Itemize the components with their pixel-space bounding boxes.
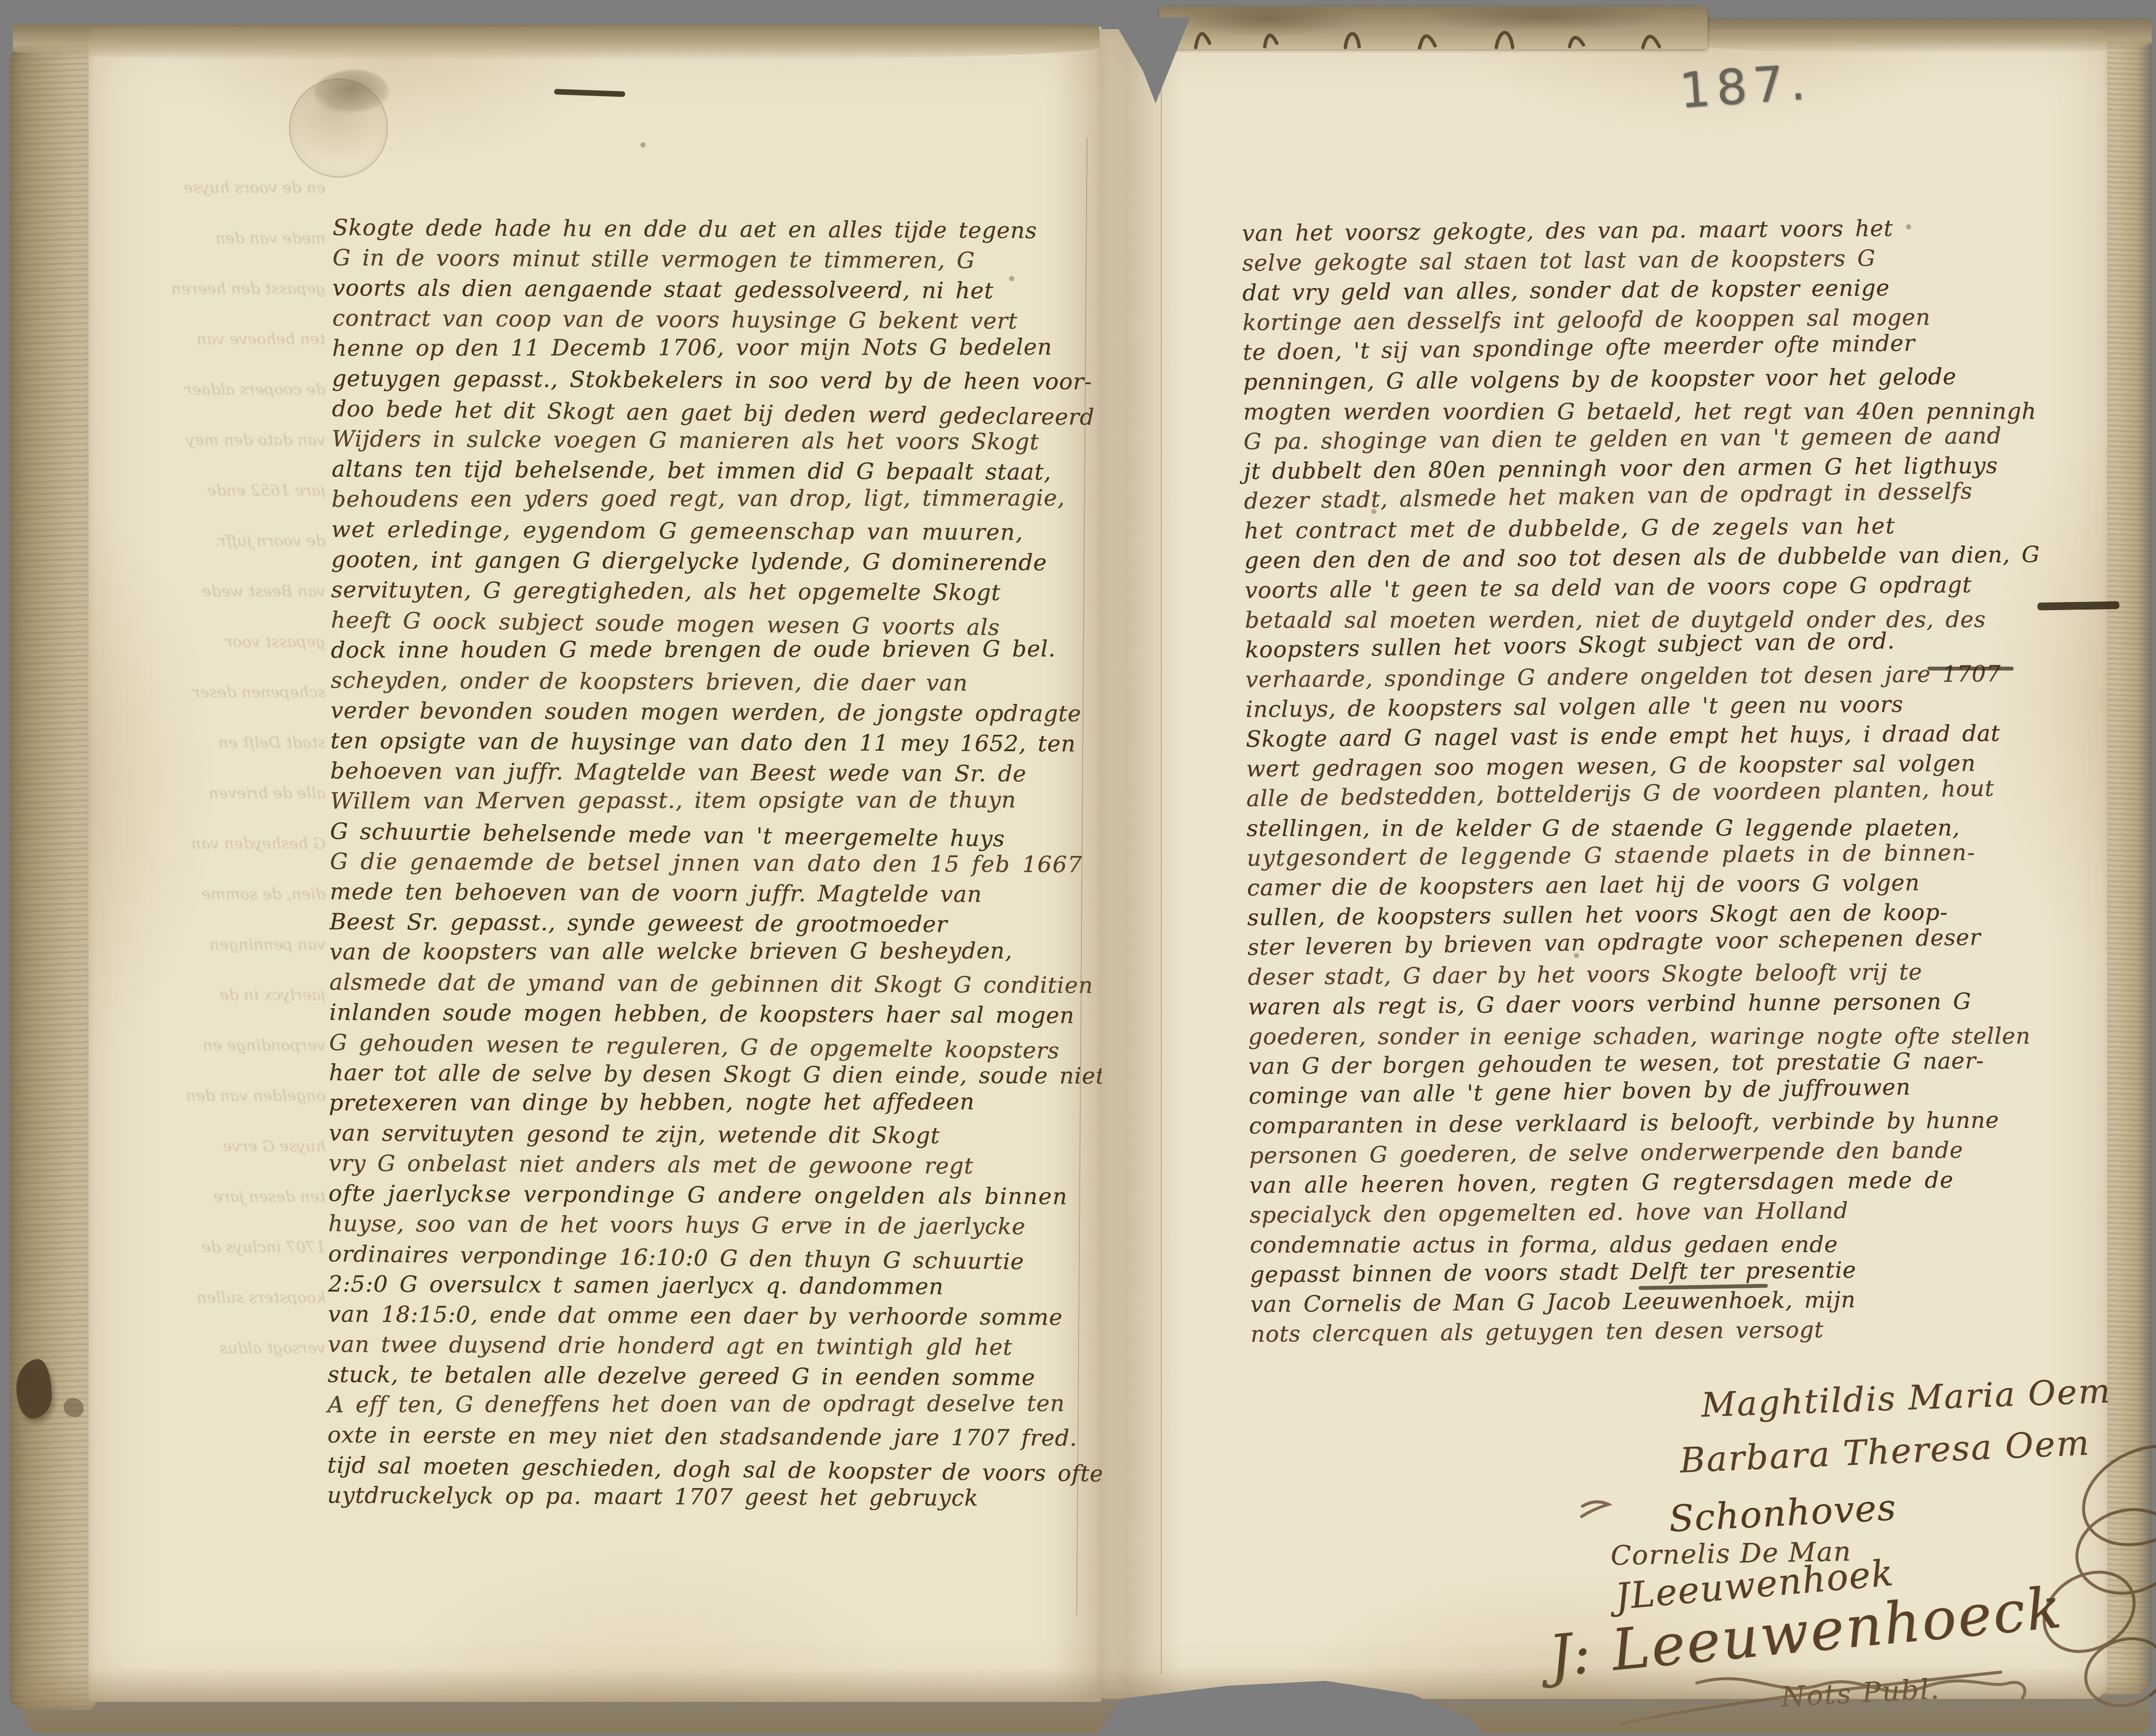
manuscript-line: A eff ten, G deneffens het doen van de o… (327, 1388, 1086, 1420)
manuscript-line: huyse, soo van de het voors huys G erve … (328, 1209, 1087, 1242)
manuscript-line: alsmede dat de ymand van de gebinnen dit… (329, 967, 1088, 1001)
left-page: en de voors huysemede van dengepasst den… (88, 27, 1102, 1702)
bleedthrough-line: alle de brieven (99, 768, 326, 818)
manuscript-line: penningen, G alle volgens by de koopster… (1243, 361, 2101, 398)
bleedthrough-line: verpondinge en (99, 1020, 326, 1071)
gutter-crease (1161, 48, 1162, 1674)
bleedthrough-line: van penningen (99, 919, 326, 970)
manuscript-line: condemnatie actus in forma, aldus gedaen… (1250, 1230, 2108, 1260)
manuscript-line: van de koopsters van alle welcke brieven… (329, 936, 1088, 967)
bleedthrough-line: jaerlycx in de (99, 970, 326, 1020)
manuscript-line: mede ten behoeven van de voorn juffr. Ma… (330, 877, 1089, 910)
manuscript-line: van 18:15:0, ende dat omme een daer by v… (328, 1299, 1087, 1333)
bleedthrough-line: huyse G erve (99, 1121, 326, 1172)
bleedthrough-line: G besheyden van (99, 818, 326, 869)
left-page-top-deckle (13, 24, 1100, 60)
manuscript-line: Willem van Merven gepasst., item opsigte… (330, 785, 1089, 816)
manuscript-line: verder bevonden souden mogen werden, de … (330, 696, 1089, 729)
bleedthrough-text: en de voors huysemede van dengepasst den… (99, 163, 326, 1383)
book-left-fore-edge (9, 41, 96, 1710)
bleedthrough-line: schepenen deser (99, 667, 326, 718)
foxing-speck (1009, 276, 1014, 281)
right-page: 187. van het voorsz gekogte, des van pa.… (1102, 29, 2107, 1699)
manuscript-line: Beest Sr. gepasst., synde geweest de gro… (329, 907, 1088, 940)
manuscript-line: Skogte dede hade hu en dde du aet en all… (332, 213, 1091, 246)
manuscript-line: dock inne houden G mede brengen de oude … (331, 634, 1090, 665)
manuscript-line: behoudens een yders goed regt, van drop,… (332, 483, 1091, 514)
bleedthrough-line: mede van den (99, 213, 326, 263)
left-page-text: Skogte dede hade hu en dde du aet en all… (327, 213, 1091, 1514)
manuscript-line: voorts als dien aengaende staat gedessol… (332, 273, 1091, 307)
manuscript-line: oxte in eerste en mey niet den stadsande… (327, 1420, 1086, 1454)
manuscript-line: wet erledinge, eygendom G gemeenschap va… (331, 514, 1090, 548)
bleedthrough-line: van dato den mey (99, 415, 326, 465)
manuscript-book-spread: en de voors huysemede van dengepasst den… (0, 0, 2156, 1736)
page-number: 187. (1678, 54, 1813, 119)
bleedthrough-line: en de voors huyse (99, 163, 326, 213)
underlying-page-edge (1159, 6, 1708, 49)
manuscript-line: van twee duysend drie honderd agt en twi… (328, 1329, 1087, 1363)
bleedthrough-line: de coopers aldaer (99, 364, 326, 415)
ink-stain-blob (16, 1359, 52, 1419)
bleedthrough-line: 1707 incluys de (99, 1222, 326, 1272)
manuscript-line: pretexeren van dinge by hebben, nogte he… (329, 1087, 1088, 1118)
bleedthrough-line: jare 1652 ende (99, 465, 326, 516)
bleedthrough-line: ten behoeve van (99, 314, 326, 364)
ink-strikethrough (554, 89, 625, 97)
manuscript-line: inlanden soude mogen hebben, de koopster… (329, 997, 1088, 1031)
manuscript-line: contract van coop van de voors huysinge … (332, 303, 1091, 337)
ink-stain-small (64, 1398, 84, 1417)
bleedthrough-line: ten desen jare (99, 1172, 326, 1222)
ink-strikethrough (1927, 667, 2014, 671)
bleedthrough-line: koopsters sullen (99, 1272, 326, 1323)
bleedthrough-line: gepasst voor (99, 617, 326, 667)
manuscript-line: stellingen, in de kelder G de staende G … (1247, 813, 2105, 844)
manuscript-line: nots clercquen als getuygen ten desen ve… (1250, 1313, 2109, 1350)
bleedthrough-line: dien, de somme (99, 869, 326, 919)
foxing-speck (1371, 509, 1376, 514)
manuscript-line: waren als regt is, G daer voors verbind … (1248, 986, 2106, 1022)
manuscript-line: G in de voors minut stille vermogen te t… (332, 243, 1091, 276)
manuscript-line: servituyten, G geregtigheden, als het op… (331, 575, 1090, 608)
foxing-speck (1574, 953, 1579, 958)
bleedthrough-line: versogt aldus (99, 1323, 326, 1373)
manuscript-line: specialyck den opgemelten ed. hove van H… (1250, 1194, 2108, 1231)
manuscript-line: henne op den 11 Decemb 1706, voor mijn N… (332, 332, 1091, 363)
manuscript-line: ten opsigte van de huysinge van dato den… (330, 726, 1089, 759)
right-page-top-deckle (1701, 18, 2152, 53)
manuscript-line: scheyden, onder de koopsters brieven, di… (331, 665, 1090, 699)
bleedthrough-line: gepasst den heeren (99, 263, 326, 314)
ink-strikethrough (2037, 601, 2119, 610)
book-gutter (1052, 30, 1181, 1699)
manuscript-line: vry G onbelast niet anders als met de ge… (329, 1148, 1087, 1182)
manuscript-line: voorts alle 't geen te sa deld van de vo… (1244, 569, 2103, 606)
foxing-speck (1906, 224, 1911, 229)
bleedthrough-line: ongelden van den (99, 1071, 326, 1121)
manuscript-line: van servituyten gesond te zijn, wetende … (329, 1118, 1087, 1152)
manuscript-line: ofte jaerlyckse verpondinge G andere ong… (328, 1178, 1087, 1212)
right-page-text: van het voorsz gekogte, des van pa. maar… (1242, 212, 2109, 1350)
manuscript-line: mogten werden voordien G betaeld, het re… (1243, 397, 2101, 427)
manuscript-line: stuck, te betalen alle dezelve gereed G … (328, 1360, 1087, 1393)
manuscript-line: altans ten tijd behelsende, bet immen di… (332, 454, 1091, 488)
bleedthrough-line: van Beest wede (99, 566, 326, 617)
manuscript-line: gooten, int gangen G diergelycke lydende… (331, 545, 1090, 578)
bleedthrough-line: stadt Delft en (99, 718, 326, 768)
manuscript-line: getuygen gepasst., Stokbekelers in soo v… (332, 363, 1091, 397)
bleedthrough-line: de voorn juffr. (99, 516, 326, 566)
signature-flourish-ornament (1509, 1401, 2156, 1735)
manuscript-line: behoeven van juffr. Magtelde van Beest w… (330, 756, 1089, 790)
foxing-speck (819, 1220, 824, 1225)
foxing-speck (640, 142, 646, 147)
manuscript-line: goederen, sonder in eenige schaden, wari… (1248, 1022, 2106, 1052)
underlying-page-ink-marks (1159, 6, 1708, 49)
